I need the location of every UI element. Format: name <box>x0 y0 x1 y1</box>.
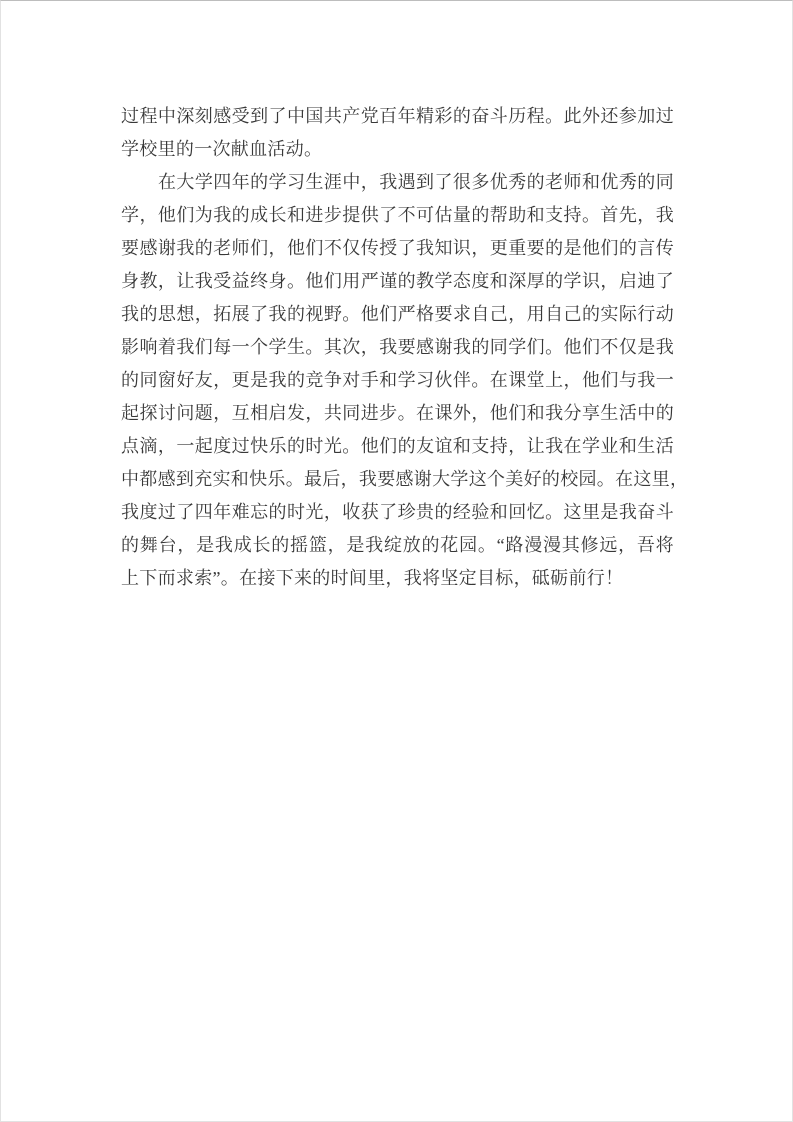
text-line-3: 在大学四年的学习生涯中，我遇到了很多优秀的老师和优秀的同 <box>121 166 674 199</box>
text-line-15: 上下而求索”。在接下来的时间里，我将坚定目标，砥砺前行！ <box>121 562 674 595</box>
text-line-4: 学，他们为我的成长和进步提供了不可估量的帮助和支持。首先，我 <box>121 199 674 232</box>
text-line-10: 起探讨问题，互相启发，共同进步。在课外，他们和我分享生活中的 <box>121 397 674 430</box>
text-line-5: 要感谢我的老师们，他们不仅传授了我知识，更重要的是他们的言传 <box>121 232 674 265</box>
text-line-9: 的同窗好友，更是我的竞争对手和学习伙伴。在课堂上，他们与我一 <box>121 364 674 397</box>
text-line-11: 点滴，一起度过快乐的时光。他们的友谊和支持，让我在学业和生活 <box>121 430 674 463</box>
document-page: { "document": { "lines": [ "过程中深刻感受到了中国共… <box>0 0 793 1122</box>
text-line-14: 的舞台，是我成长的摇篮，是我绽放的花园。“路漫漫其修远，吾将 <box>121 529 674 562</box>
text-line-8: 影响着我们每一个学生。其次，我要感谢我的同学们。他们不仅是我 <box>121 331 674 364</box>
page-sheet: 过程中深刻感受到了中国共产党百年精彩的奋斗历程。此外还参加过 学校里的一次献血活… <box>0 0 793 1122</box>
text-line-7: 我的思想，拓展了我的视野。他们严格要求自己，用自己的实际行动 <box>121 298 674 331</box>
text-line-13: 我度过了四年难忘的时光，收获了珍贵的经验和回忆。这里是我奋斗 <box>121 496 674 529</box>
text-line-12: 中都感到充实和快乐。最后，我要感谢大学这个美好的校园。在这里， <box>121 463 674 496</box>
text-line-6: 身教，让我受益终身。他们用严谨的教学态度和深厚的学识，启迪了 <box>121 265 674 298</box>
essay-body-text: 过程中深刻感受到了中国共产党百年精彩的奋斗历程。此外还参加过 学校里的一次献血活… <box>121 100 674 595</box>
text-line-2: 学校里的一次献血活动。 <box>121 133 674 166</box>
text-line-1: 过程中深刻感受到了中国共产党百年精彩的奋斗历程。此外还参加过 <box>121 100 674 133</box>
